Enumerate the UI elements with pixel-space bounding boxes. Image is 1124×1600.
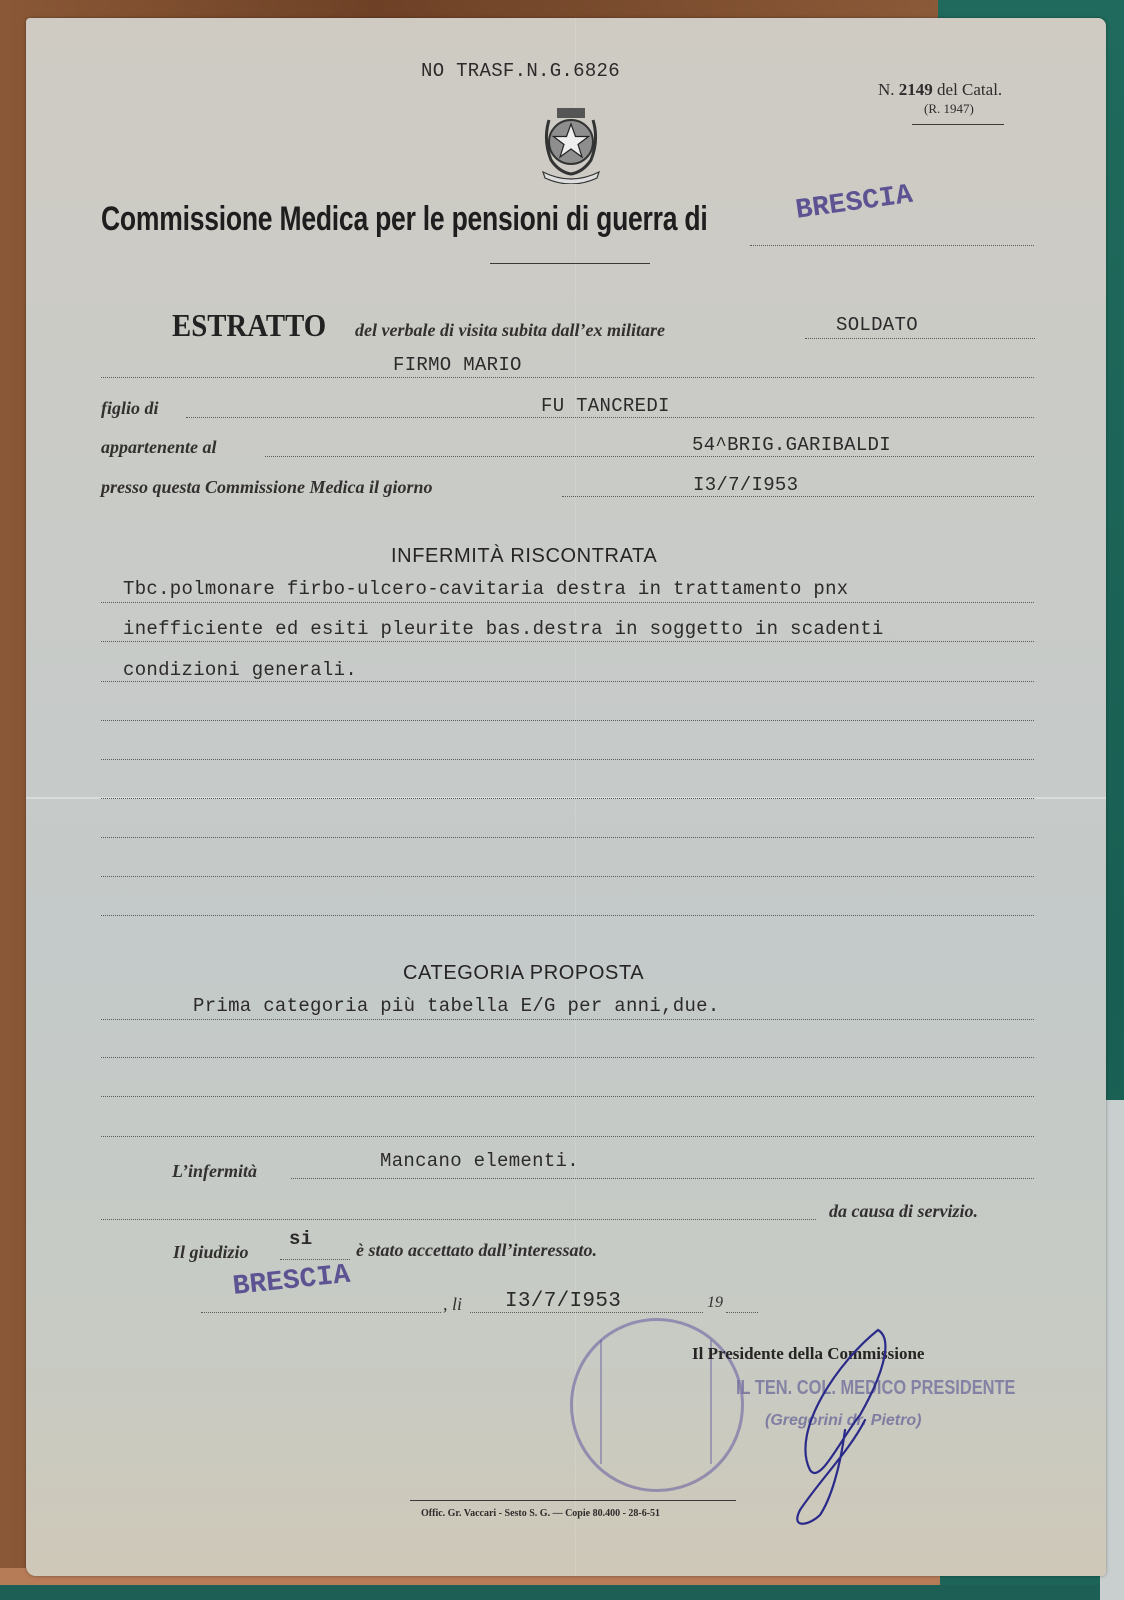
catalog-prefix: N. [878,80,895,99]
field-line-unit [265,456,1034,457]
category-line-1: Prima categoria più tabella E/G per anni… [193,995,720,1017]
protocol-number: NO TRASF.N.G.6826 [421,60,620,82]
field-line-date [562,496,1034,497]
field-line-father [186,417,1034,418]
place-line [201,1312,441,1313]
cause-line-2 [101,1219,816,1220]
rule-line [101,1057,1034,1058]
rule-line [101,602,1034,603]
year-line [726,1312,758,1313]
infirmity-line-2: inefficiente ed esiti pleurite bas.destr… [123,618,884,640]
infirmity-line-3: condizioni generali. [123,659,357,681]
fold-crease-vertical [575,18,576,1576]
catalog-reference: (R. 1947) [924,101,974,117]
cause-suffix: da causa di servizio. [829,1201,978,1222]
handwritten-signature-icon [780,1320,920,1540]
field-value-father: FU TANCREDI [541,395,670,417]
date-value: I3/7/I953 [505,1290,621,1313]
header-city-line [750,245,1034,246]
footer-rule [410,1500,736,1501]
rule-line [101,641,1034,642]
infirmity-line-1: Tbc.polmonare firbo-ulcero-cavitaria des… [123,578,849,600]
rule-line [101,1096,1034,1097]
judgment-value: si [289,1228,312,1250]
header-title: Commissione Medica per le pensioni di gu… [101,200,707,239]
catalog-suffix: del Catal. [937,80,1002,99]
rule-line [101,681,1034,682]
rule-line [101,1019,1034,1020]
catalog-number: N. 2149 del Catal. [878,80,1002,100]
rule-line [101,798,1034,799]
extract-heading: ESTRATTO [172,307,326,344]
judgment-label: Il giudizio [173,1242,249,1263]
rank-value: SOLDATO [836,314,918,336]
rule-line [101,1136,1034,1137]
catalog-underline [912,124,1004,125]
field-value-date: I3/7/I953 [693,474,798,496]
teal-edge-bottom [0,1585,1124,1600]
soldier-name: FIRMO MARIO [393,354,522,376]
field-label-father: figlio di [101,398,159,419]
italian-republic-emblem-icon [535,100,607,184]
rule-line [101,759,1034,760]
name-line [101,377,1034,378]
field-label-unit: appartenente al [101,437,217,458]
rule-line [101,720,1034,721]
infirmity-heading: INFERMITÀ RISCONTRATA [391,545,657,568]
year-prefix: 19 [707,1294,723,1312]
cause-label: L’infermità [172,1161,257,1182]
li-label: , li [443,1294,462,1315]
judgment-suffix: è stato accettato dall’interessato. [356,1240,597,1261]
cause-value: Mancano elementi. [380,1150,579,1172]
field-label-date: presso questa Commissione Medica il gior… [101,477,433,498]
printer-footer: Offic. Gr. Vaccari - Sesto S. G. — Copie… [421,1508,660,1519]
rule-line [101,837,1034,838]
rank-line [805,338,1035,339]
field-value-unit: 54^BRIG.GARIBALDI [692,434,891,456]
rule-line [101,876,1034,877]
extract-intro: del verbale di visita subita dall’ex mil… [355,320,665,341]
cause-line [291,1178,1034,1179]
category-heading: CATEGORIA PROPOSTA [403,962,644,985]
title-ornament-rule [490,263,650,264]
rule-line [101,915,1034,916]
catalog-number-value: 2149 [899,80,933,99]
